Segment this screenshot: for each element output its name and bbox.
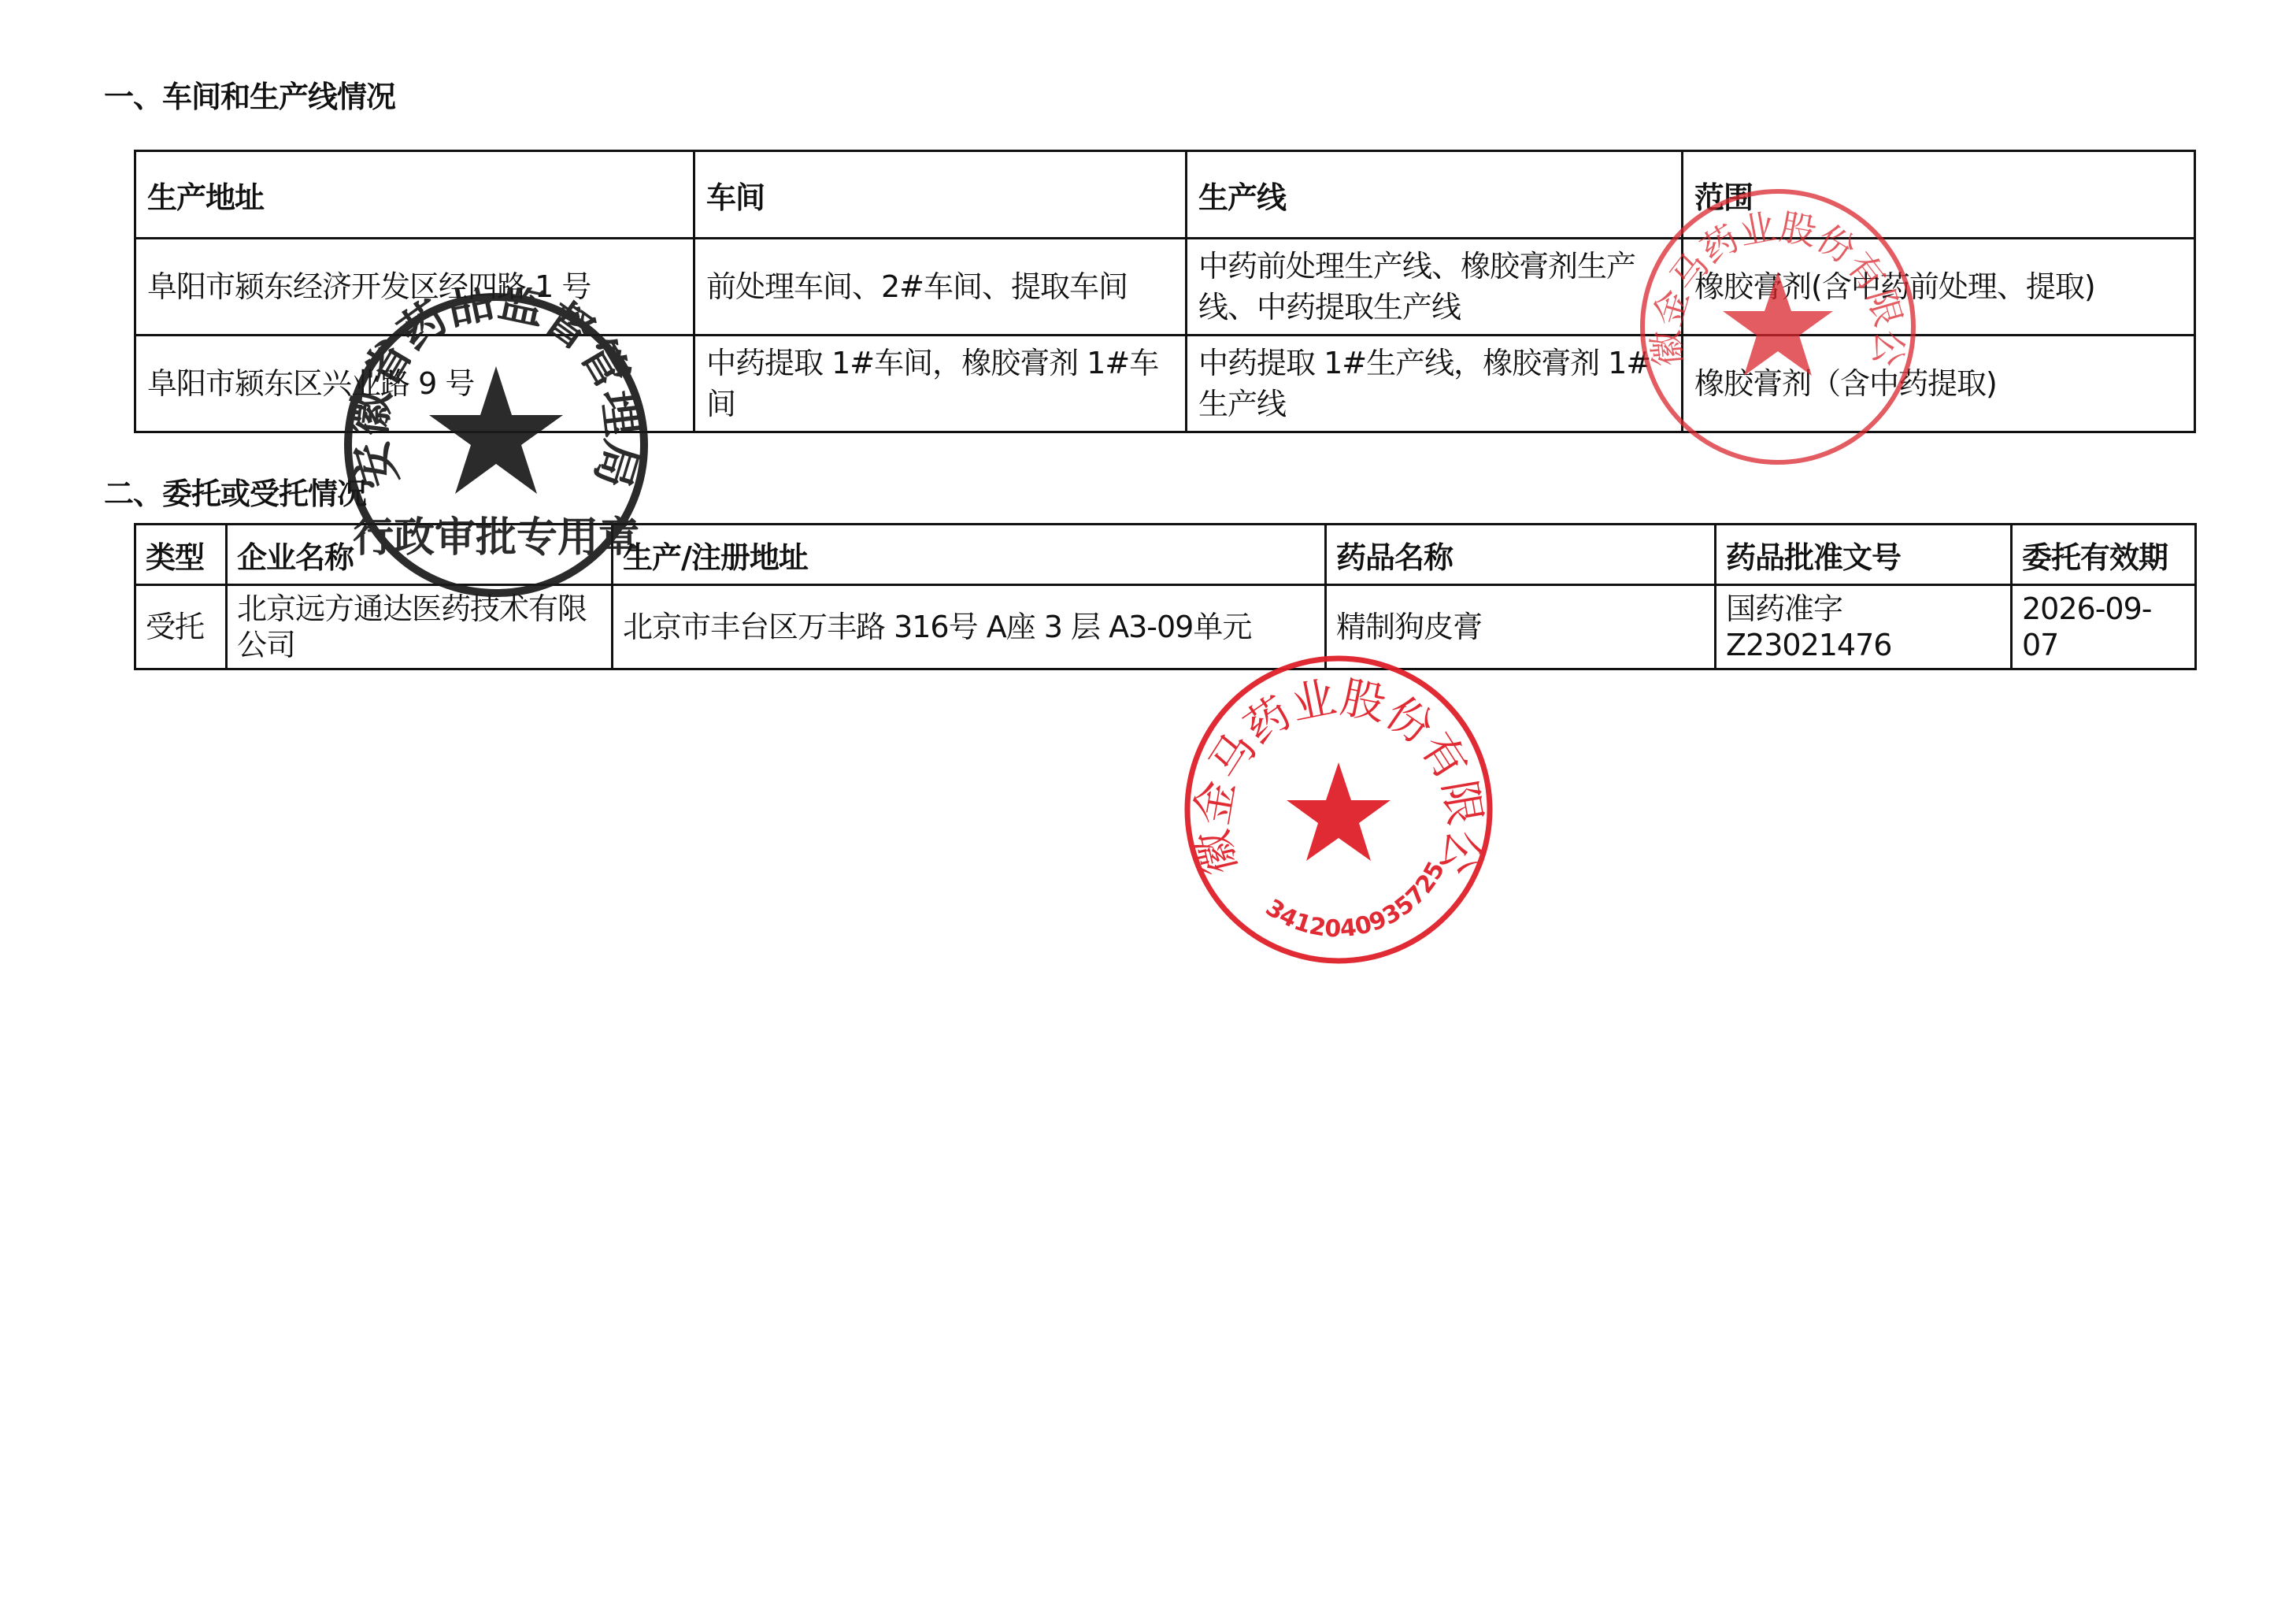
cell-company-name: 北京远方通达医药技术有限公司	[227, 585, 613, 669]
header-type: 类型	[135, 525, 227, 585]
table-header-row: 生产地址 车间 生产线 范围	[135, 151, 2195, 239]
cell-drug-name: 精制狗皮膏	[1326, 585, 1716, 669]
entrustment-table: 类型 企业名称 生产/注册地址 药品名称 药品批准文号 委托有效期 受托 北京远…	[134, 523, 2197, 670]
cell-scope: 橡胶膏剂（含中药提取)	[1683, 336, 2195, 432]
header-validity: 委托有效期	[2012, 525, 2196, 585]
header-production-line: 生产线	[1187, 151, 1683, 239]
svg-text:安徽金马药业股份有限公司: 安徽金马药业股份有限公司	[1181, 652, 1491, 880]
header-drug-name: 药品名称	[1326, 525, 1716, 585]
cell-type: 受托	[135, 585, 227, 669]
cell-workshop: 中药提取 1#车间，橡胶膏剂 1#车间	[694, 336, 1187, 432]
table-row: 阜阳市颍东区兴业路 9 号 中药提取 1#车间，橡胶膏剂 1#车间 中药提取 1…	[135, 336, 2195, 432]
table-header-row: 类型 企业名称 生产/注册地址 药品名称 药品批准文号 委托有效期	[135, 525, 2196, 585]
header-production-address: 生产地址	[135, 151, 694, 239]
cell-production-line: 中药前处理生产线、橡胶膏剂生产线、中药提取生产线	[1187, 239, 1683, 336]
cell-workshop: 前处理车间、2#车间、提取车间	[694, 239, 1187, 336]
cell-production-line: 中药提取 1#生产线，橡胶膏剂 1#生产线	[1187, 336, 1683, 432]
cell-approval-number: 国药准字 Z23021476	[1716, 585, 2012, 669]
section2-title: 二、委托或受托情况	[104, 469, 366, 513]
header-workshop: 车间	[694, 151, 1187, 239]
header-scope: 范围	[1683, 151, 2195, 239]
header-company-name: 企业名称	[227, 525, 613, 585]
cell-scope: 橡胶膏剂(含中药前处理、提取)	[1683, 239, 2195, 336]
table-row: 阜阳市颍东经济开发区经四路 1 号 前处理车间、2#车间、提取车间 中药前处理生…	[135, 239, 2195, 336]
svg-text:3412040935725: 3412040935725	[1261, 857, 1450, 943]
table-row: 受托 北京远方通达医药技术有限公司 北京市丰台区万丰路 316号 A座 3 层 …	[135, 585, 2196, 669]
star-icon	[1287, 762, 1391, 861]
header-address: 生产/注册地址	[613, 525, 1326, 585]
cell-address: 阜阳市颍东区兴业路 9 号	[135, 336, 694, 432]
header-approval-number: 药品批准文号	[1716, 525, 2012, 585]
section1-title: 一、车间和生产线情况	[104, 72, 395, 116]
workshop-production-line-table: 生产地址 车间 生产线 范围 阜阳市颍东经济开发区经四路 1 号 前处理车间、2…	[134, 150, 2196, 433]
cell-validity: 2026-09-07	[2012, 585, 2196, 669]
cell-address: 北京市丰台区万丰路 316号 A座 3 层 A3-09单元	[613, 585, 1326, 669]
cell-address: 阜阳市颍东经济开发区经四路 1 号	[135, 239, 694, 336]
company-seal-stamp-bottom: 安徽金马药业股份有限公司 3412040935725	[1181, 652, 1496, 967]
